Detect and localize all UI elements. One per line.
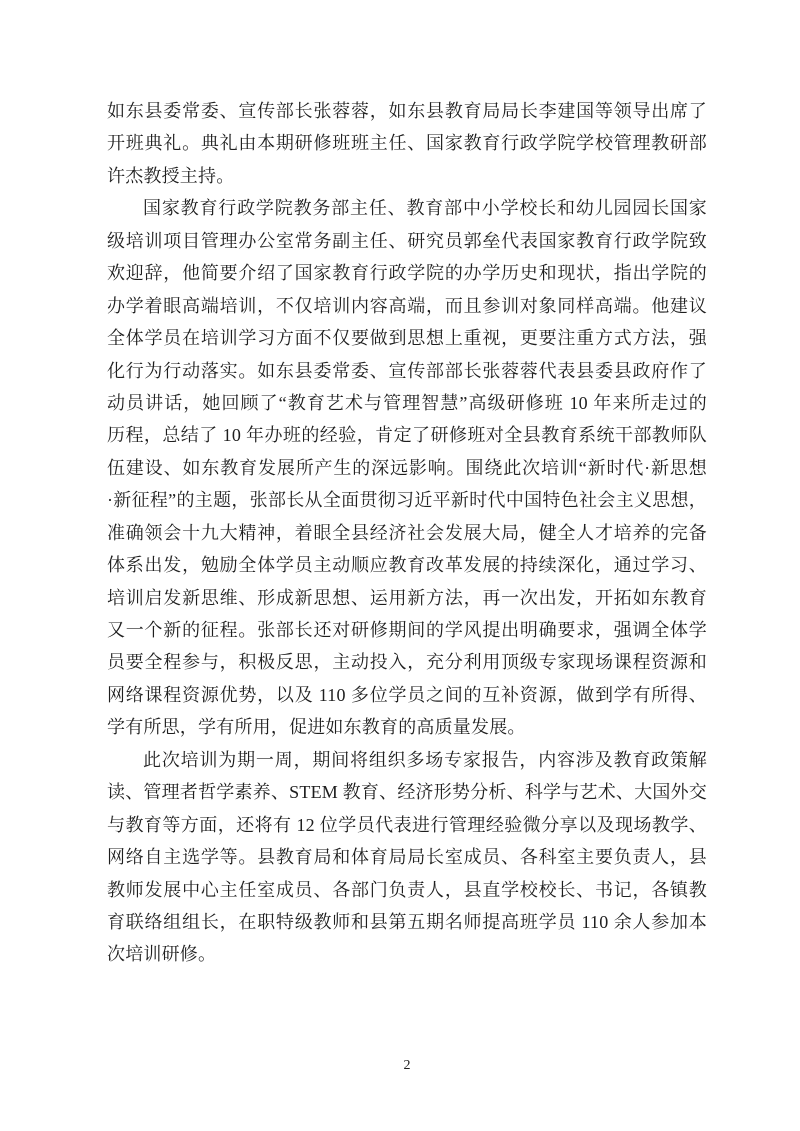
paragraph: 如东县委常委、宣传部长张蓉蓉，如东县教育局局长李建国等领导出席了开班典礼。典礼由…: [107, 95, 707, 192]
text-line: 网络自主选学等。县教育局和体育局局长室成员、各科室主要负责人，县: [107, 841, 707, 873]
text-line: 次培训研修。: [107, 938, 707, 970]
text-line: 又一个新的征程。张部长还对研修期间的学风提出明确要求，强调全体学: [107, 614, 707, 646]
text-line: 学有所思，学有所用，促进如东教育的高质量发展。: [107, 711, 707, 743]
text-line: 此次培训为期一周，期间将组织多场专家报告，内容涉及教育政策解: [107, 744, 707, 776]
text-line: 许杰教授主持。: [107, 160, 707, 192]
text-line: 读、管理者哲学素养、STEM 教育、经济形势分析、科学与艺术、大国外交: [107, 776, 707, 808]
text-line: 如东县委常委、宣传部长张蓉蓉，如东县教育局局长李建国等领导出席了: [107, 95, 707, 127]
text-line: 员要全程参与，积极反思，主动投入，充分利用顶级专家现场课程资源和: [107, 646, 707, 678]
text-line: ·新征程”的主题，张部长从全面贯彻习近平新时代中国特色社会主义思想，: [107, 484, 707, 516]
text-line: 教师发展中心主任室成员、各部门负责人，县直学校校长、书记，各镇教: [107, 874, 707, 906]
text-line: 伍建设、如东教育发展所产生的深远影响。围绕此次培训“新时代·新思想: [107, 452, 707, 484]
document-page: 如东县委常委、宣传部长张蓉蓉，如东县教育局局长李建国等领导出席了开班典礼。典礼由…: [0, 0, 800, 1131]
document-body: 如东县委常委、宣传部长张蓉蓉，如东县教育局局长李建国等领导出席了开班典礼。典礼由…: [107, 95, 707, 971]
text-line: 化行为行动落实。如东县委常委、宣传部部长张蓉蓉代表县委县政府作了: [107, 355, 707, 387]
text-line: 级培训项目管理办公室常务副主任、研究员郭垒代表国家教育行政学院致: [107, 225, 707, 257]
page-number: 2: [107, 1056, 707, 1076]
paragraph: 此次培训为期一周，期间将组织多场专家报告，内容涉及教育政策解读、管理者哲学素养、…: [107, 744, 707, 971]
text-line: 体系出发，勉励全体学员主动顺应教育改革发展的持续深化，通过学习、: [107, 549, 707, 581]
text-line: 准确领会十九大精神，着眼全县经济社会发展大局，健全人才培养的完备: [107, 517, 707, 549]
text-line: 国家教育行政学院教务部主任、教育部中小学校长和幼儿园园长国家: [107, 192, 707, 224]
text-line: 动员讲话，她回顾了“教育艺术与管理智慧”高级研修班 10 年来所走过的: [107, 387, 707, 419]
text-line: 欢迎辞，他简要介绍了国家教育行政学院的办学历史和现状，指出学院的: [107, 257, 707, 289]
paragraph: 国家教育行政学院教务部主任、教育部中小学校长和幼儿园园长国家级培训项目管理办公室…: [107, 192, 707, 743]
text-line: 育联络组组长，在职特级教师和县第五期名师提高班学员 110 余人参加本: [107, 906, 707, 938]
text-line: 开班典礼。典礼由本期研修班班主任、国家教育行政学院学校管理教研部: [107, 127, 707, 159]
text-line: 网络课程资源优势，以及 110 多位学员之间的互补资源，做到学有所得、: [107, 679, 707, 711]
text-line: 历程，总结了 10 年办班的经验，肯定了研修班对全县教育系统干部教师队: [107, 419, 707, 451]
text-line: 全体学员在培训学习方面不仅要做到思想上重视，更要注重方式方法，强: [107, 322, 707, 354]
text-line: 办学着眼高端培训，不仅培训内容高端，而且参训对象同样高端。他建议: [107, 290, 707, 322]
text-line: 与教育等方面，还将有 12 位学员代表进行管理经验微分享以及现场教学、: [107, 809, 707, 841]
text-line: 培训启发新思维、形成新思想、运用新方法，再一次出发，开拓如东教育: [107, 582, 707, 614]
